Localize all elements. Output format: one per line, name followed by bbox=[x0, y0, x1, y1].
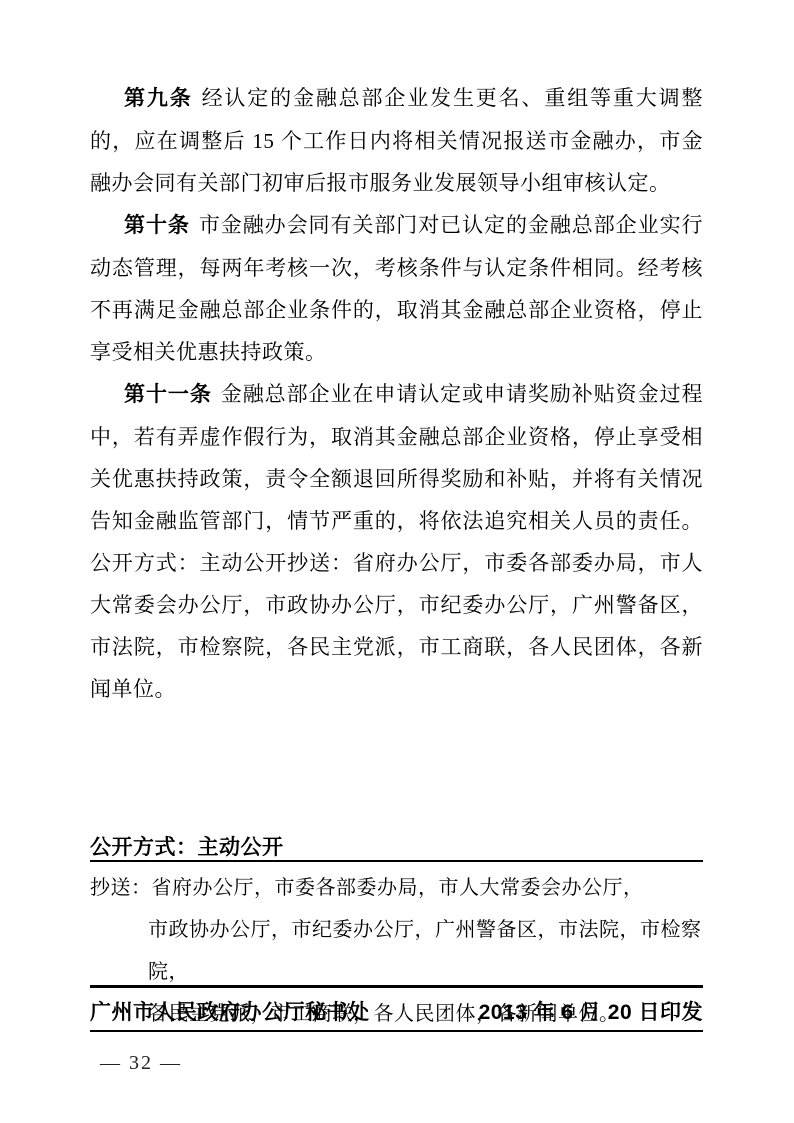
issuer-office: 广州市人民政府办公厅秘书处 bbox=[90, 996, 370, 1026]
cc-line-2: 市政协办公厅，市纪委办公厅，广州警备区，市法院，市检察院， bbox=[90, 909, 703, 993]
article-11-text: 金融总部企业在申请认定或申请奖励补贴资金过程中，若有弄虚作假行为，取消其金融总部… bbox=[90, 382, 703, 701]
paragraph-article-9: 第九条经认定的金融总部企业发生更名、重组等重大调整的，应在调整后 15 个工作日… bbox=[90, 77, 703, 204]
divider-below-issuer bbox=[90, 1030, 703, 1032]
cc-line-1: 抄送：省府办公厅，市委各部委办局，市人大常委会办公厅， bbox=[90, 867, 703, 909]
document-body: 第九条经认定的金融总部企业发生更名、重组等重大调整的，应在调整后 15 个工作日… bbox=[90, 77, 703, 710]
article-11-heading: 第十一条 bbox=[124, 383, 212, 406]
publicity-method-label: 公开方式：主动公开 bbox=[90, 831, 703, 861]
divider-under-publicity bbox=[90, 860, 703, 862]
divider-above-issuer bbox=[90, 985, 703, 988]
document-page: 第九条经认定的金融总部企业发生更名、重组等重大调整的，应在调整后 15 个工作日… bbox=[0, 0, 794, 1123]
paragraph-article-10: 第十条市金融办会同有关部门对已认定的金融总部企业实行动态管理，每两年考核一次，考… bbox=[90, 204, 703, 373]
paragraph-article-11: 第十一条金融总部企业在申请认定或申请奖励补贴资金过程中，若有弄虚作假行为，取消其… bbox=[90, 373, 703, 710]
issuer-row: 广州市人民政府办公厅秘书处 2013 年 6 月 20 日印发 bbox=[90, 996, 703, 1026]
page-number: — 32 — bbox=[100, 1052, 182, 1075]
article-10-heading: 第十条 bbox=[124, 214, 190, 237]
print-date: 2013 年 6 月 20 日印发 bbox=[479, 996, 703, 1026]
article-9-heading: 第九条 bbox=[124, 87, 193, 110]
